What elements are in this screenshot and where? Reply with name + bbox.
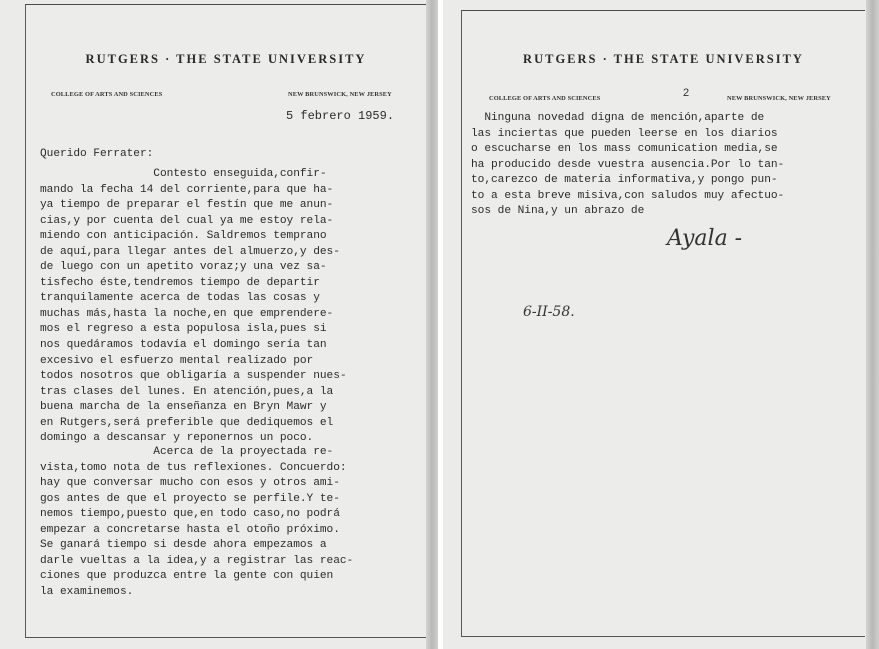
salutation: Querido Ferrater: [40, 147, 153, 163]
typed-line: las inciertas que pueden leerse en los d… [471, 127, 784, 143]
letterhead-title: RUTGERS · THE STATE UNIVERSITY [26, 52, 426, 67]
letterhead-title: RUTGERS · THE STATE UNIVERSITY [462, 52, 865, 67]
typed-line: o escucharse en los mass comunication me… [471, 142, 784, 158]
typed-line: tranquilamente acerca de todas las cosas… [40, 291, 347, 307]
typed-line: todos nosotros que obligaría a suspender… [40, 369, 347, 385]
letter-page-2: RUTGERS · THE STATE UNIVERSITY COLLEGE O… [461, 10, 865, 637]
body-paragraph-1: Ninguna novedad digna de mención,aparte … [471, 111, 784, 220]
typed-line: nos quedáramos todavía el domingo sería … [40, 338, 347, 354]
typed-line: en Rutgers,será preferible que dediquemo… [40, 416, 347, 432]
handwritten-date: 6-II-58. [523, 304, 575, 320]
letter-date: 5 febrero 1959. [286, 109, 394, 123]
typed-line: hay que conversar mucho con esos y otros… [40, 476, 353, 492]
typed-line: cias,y por cuenta del cual ya me estoy r… [40, 214, 347, 230]
handwritten-signature: Ayala - [667, 226, 742, 251]
typed-line: Ninguna novedad digna de mención,aparte … [471, 111, 784, 127]
letter-page-1: RUTGERS · THE STATE UNIVERSITY COLLEGE O… [25, 4, 426, 638]
typed-line: la examinemos. [40, 585, 353, 601]
typed-line: gos antes de que el proyecto se perfile.… [40, 492, 353, 508]
typed-line: ha producido desde vuestra ausencia.Por … [471, 158, 784, 174]
typed-line: Acerca de la proyectada re- [40, 445, 353, 461]
typed-line: Contesto enseguida,confir- [40, 167, 347, 183]
typed-line: muchas más,hasta la noche,en que emprend… [40, 307, 347, 323]
typed-line: ya tiempo de preparar el festín que me a… [40, 198, 347, 214]
typed-line: nemos tiempo,puesto que,en todo caso,no … [40, 507, 353, 523]
typed-line: empezar a concretarse hasta el otoño pró… [40, 523, 353, 539]
typed-line: tisfecho éste,tendremos tiempo de depart… [40, 276, 347, 292]
left-page-edge-shadow [426, 0, 438, 649]
typed-line: to,carezco de materia informativa,y pong… [471, 173, 784, 189]
letterhead-college: COLLEGE OF ARTS AND SCIENCES [51, 91, 162, 98]
page-number: 2 [683, 87, 689, 99]
typed-line: darle vueltas a la idea,y a registrar la… [40, 554, 353, 570]
typed-line: Se ganará tiempo si desde ahora empezamo… [40, 538, 353, 554]
letterhead-location: NEW BRUNSWICK, NEW JERSEY [288, 91, 392, 98]
typed-line: tras clases del lunes. En atención,pues,… [40, 385, 347, 401]
typed-line: sos de Nina,y un abrazo de [471, 204, 784, 220]
body-paragraph-1: Contesto enseguida,confir-mando la fecha… [40, 167, 347, 447]
typed-line: excesivo el esfuerzo mental realizado po… [40, 354, 347, 370]
typed-line: de aquí,para llegar antes del almuerzo,y… [40, 245, 347, 261]
body-paragraph-2: Acerca de la proyectada re-vista,tomo no… [40, 445, 353, 600]
typed-line: mos el regreso a esta populosa isla,pues… [40, 322, 347, 338]
typed-line: de luego con un apetito voraz;y una vez … [40, 260, 347, 276]
typed-line: ciones que produzca entre la gente con q… [40, 569, 353, 585]
typed-line: to a esta breve misiva,con saludos muy a… [471, 189, 784, 205]
typed-line: mando la fecha 14 del corriente,para que… [40, 183, 347, 199]
typed-line: buena marcha de la enseñanza en Bryn Maw… [40, 400, 347, 416]
right-page-edge-shadow [866, 0, 879, 649]
typed-line: vista,tomo nota de tus reflexiones. Conc… [40, 461, 353, 477]
letterhead-college: COLLEGE OF ARTS AND SCIENCES [489, 95, 600, 102]
letterhead-location: NEW BRUNSWICK, NEW JERSEY [727, 95, 831, 102]
typed-line: miendo con anticipación. Saldremos tempr… [40, 229, 347, 245]
